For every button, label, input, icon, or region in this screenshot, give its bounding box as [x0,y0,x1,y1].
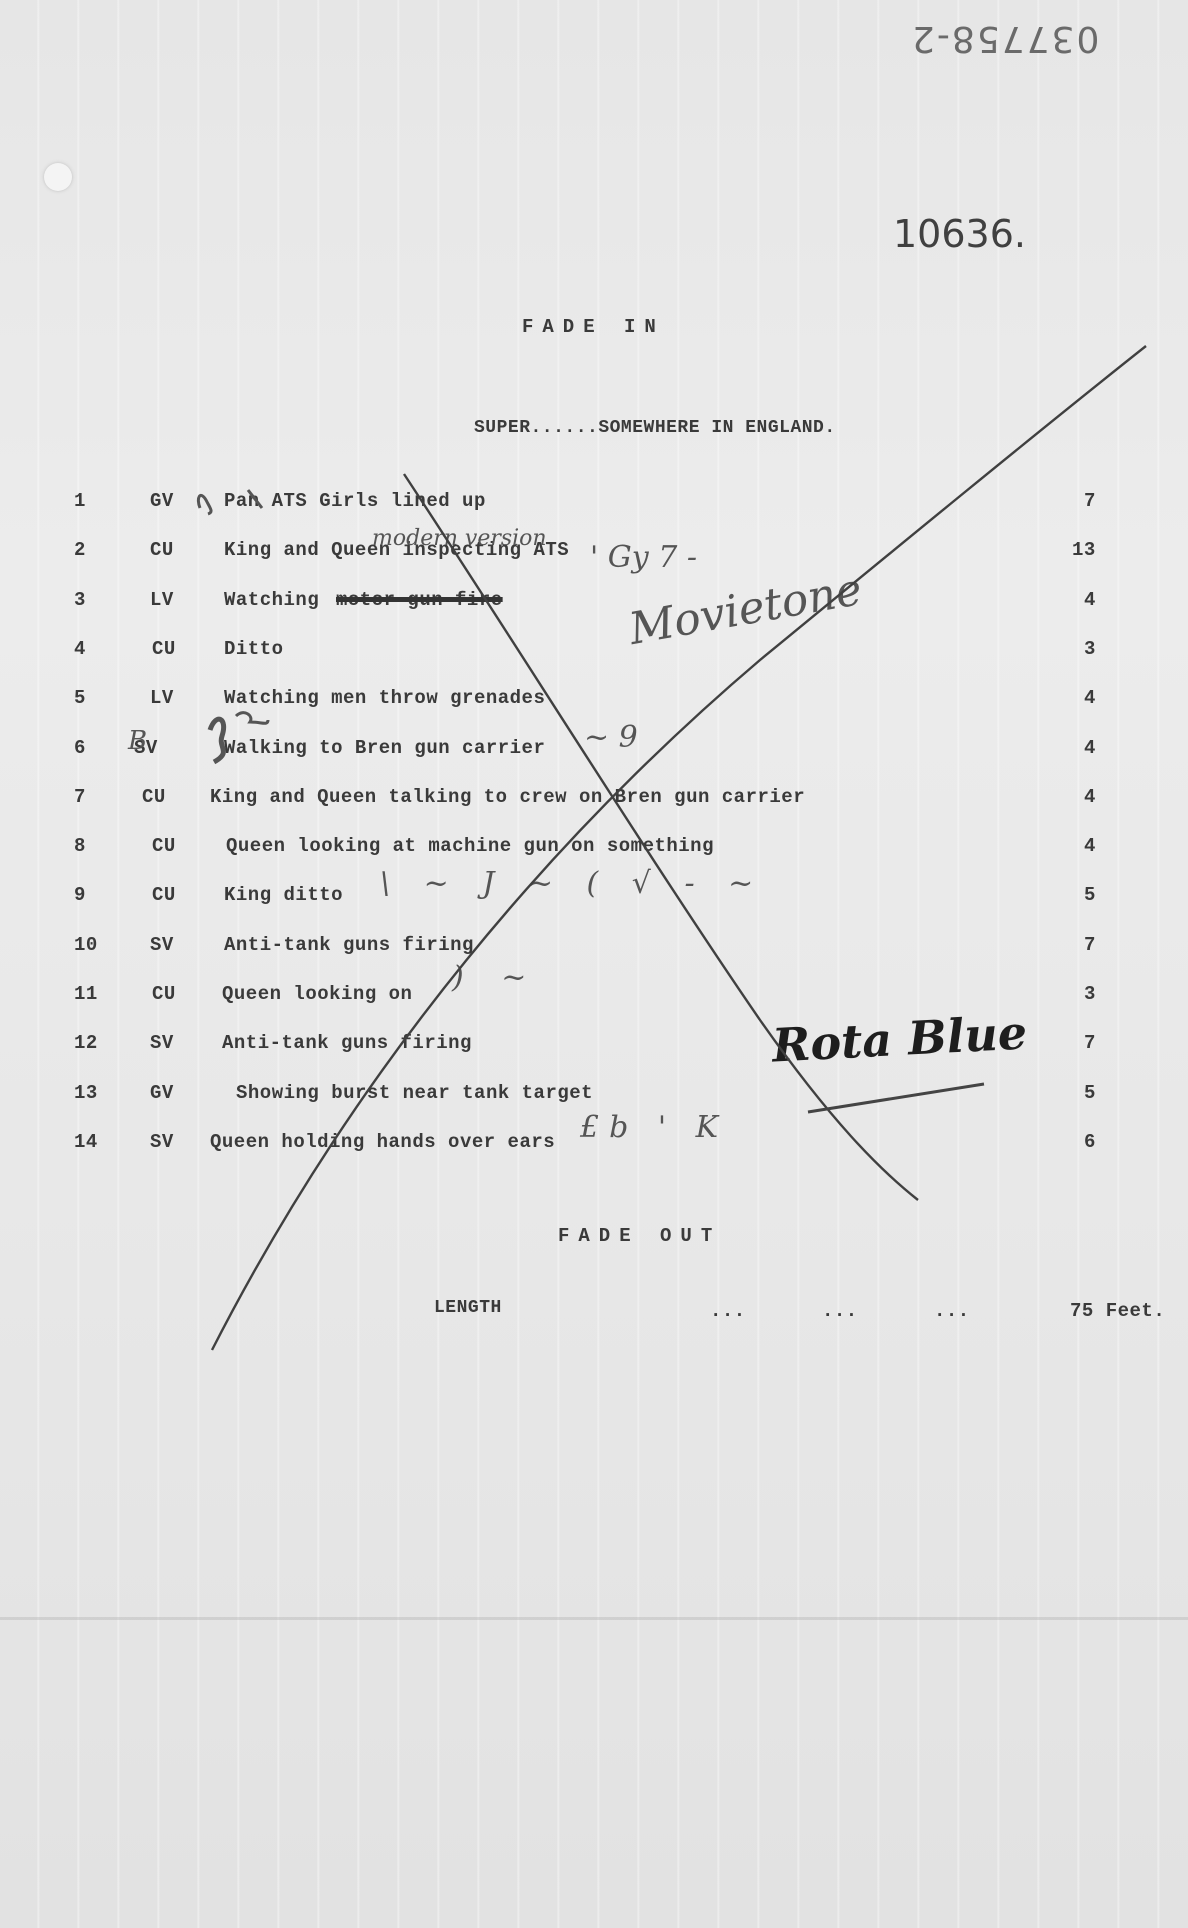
shot-type: CU [152,835,176,857]
shot-type: CU [150,539,174,561]
length-dots-2: ... [822,1300,858,1322]
length-label: LENGTH [434,1298,502,1318]
shot-description: Watching men throw grenades [224,687,545,709]
shot-number: 11 [74,983,98,1005]
annotation-shorthand-row3: ' Gy 7 - [590,540,697,575]
shot-type: CU [152,884,176,906]
shot-feet: 5 [1084,1082,1096,1104]
scribble-row6 [210,719,224,762]
shot-feet: 6 [1084,1131,1096,1153]
annotation-shorthand-row9: \ ~ J ~ ( √ - ~ [380,866,765,901]
shot-description: Queen looking on [222,983,412,1005]
punch-hole [44,163,72,191]
mark-row1 [198,495,211,514]
length-dots-1: ... [710,1300,746,1322]
shot-number: 7 [74,786,86,808]
length-dots-3: ... [934,1300,970,1322]
shot-feet: 4 [1084,687,1096,709]
shot-description: Watching [224,589,319,611]
shot-number: 1 [74,490,86,512]
shot-number: 10 [74,934,98,956]
shot-description: Pan ATS Girls lined up [224,490,486,512]
super-line: SUPER......SOMEWHERE IN ENGLAND. [474,418,836,438]
fade-in-heading: FADE IN [522,316,665,338]
shot-feet: 7 [1084,490,1096,512]
shot-description: Anti-tank guns firing [222,1032,472,1054]
annotation-row6-mark: B [128,726,147,756]
shot-description: Anti-tank guns firing [224,934,474,956]
shot-type: CU [152,638,176,660]
shot-description: Queen holding hands over ears [210,1131,555,1153]
shot-description: Ditto [224,638,284,660]
shot-description: Queen looking at machine gun on somethin… [226,835,714,857]
shot-type: LV [150,687,174,709]
rota-underline [808,1084,984,1112]
shot-type: SV [150,1032,174,1054]
shot-description: King ditto [224,884,343,906]
shot-struck-text: motor gun fire [336,589,503,611]
shot-number: 9 [74,884,86,906]
shot-number: 4 [74,638,86,660]
shot-number: 2 [74,539,86,561]
paper-fold [0,1617,1188,1620]
shot-number: 12 [74,1032,98,1054]
shot-description: Walking to Bren gun carrier [224,737,545,759]
shot-feet: 7 [1084,1032,1096,1054]
shot-feet: 4 [1084,835,1096,857]
shot-type: GV [150,1082,174,1104]
shot-feet: 4 [1084,786,1096,808]
shot-number: 14 [74,1131,98,1153]
annotation-movietone: Movietone [625,564,865,655]
shot-feet: 4 [1084,589,1096,611]
archive-reference: 037758-2 [910,18,1099,59]
document-number: 10636. [893,212,1026,256]
length-value: 75 Feet. [1070,1300,1165,1322]
shot-feet: 3 [1084,638,1096,660]
shot-number: 6 [74,737,86,759]
shot-description: Showing burst near tank target [236,1082,593,1104]
cross-out-marks [0,0,1188,1928]
annotation-rota-blue: Rota Blue [771,1005,1029,1072]
shot-type: SV [150,1131,174,1153]
shot-feet: 4 [1084,737,1096,759]
annotation-shorthand-row11: ) ~ [452,960,540,995]
shot-type: CU [152,983,176,1005]
shot-type: GV [150,490,174,512]
fade-out-heading: FADE OUT [558,1225,721,1247]
shot-number: 5 [74,687,86,709]
shot-description: King and Queen talking to crew on Bren g… [210,786,805,808]
annotation-shorthand-row14: £b ' K [580,1110,728,1145]
annotation-shorthand-row6: ~ 9 [584,720,638,755]
shot-number: 8 [74,835,86,857]
shot-feet: 13 [1072,539,1096,561]
shot-number: 3 [74,589,86,611]
shot-type: SV [150,934,174,956]
shot-number: 13 [74,1082,98,1104]
annotation-modern-version: modern version [372,526,547,551]
shot-feet: 3 [1084,983,1096,1005]
shot-feet: 7 [1084,934,1096,956]
shot-type: LV [150,589,174,611]
shot-feet: 5 [1084,884,1096,906]
shot-type: CU [142,786,166,808]
